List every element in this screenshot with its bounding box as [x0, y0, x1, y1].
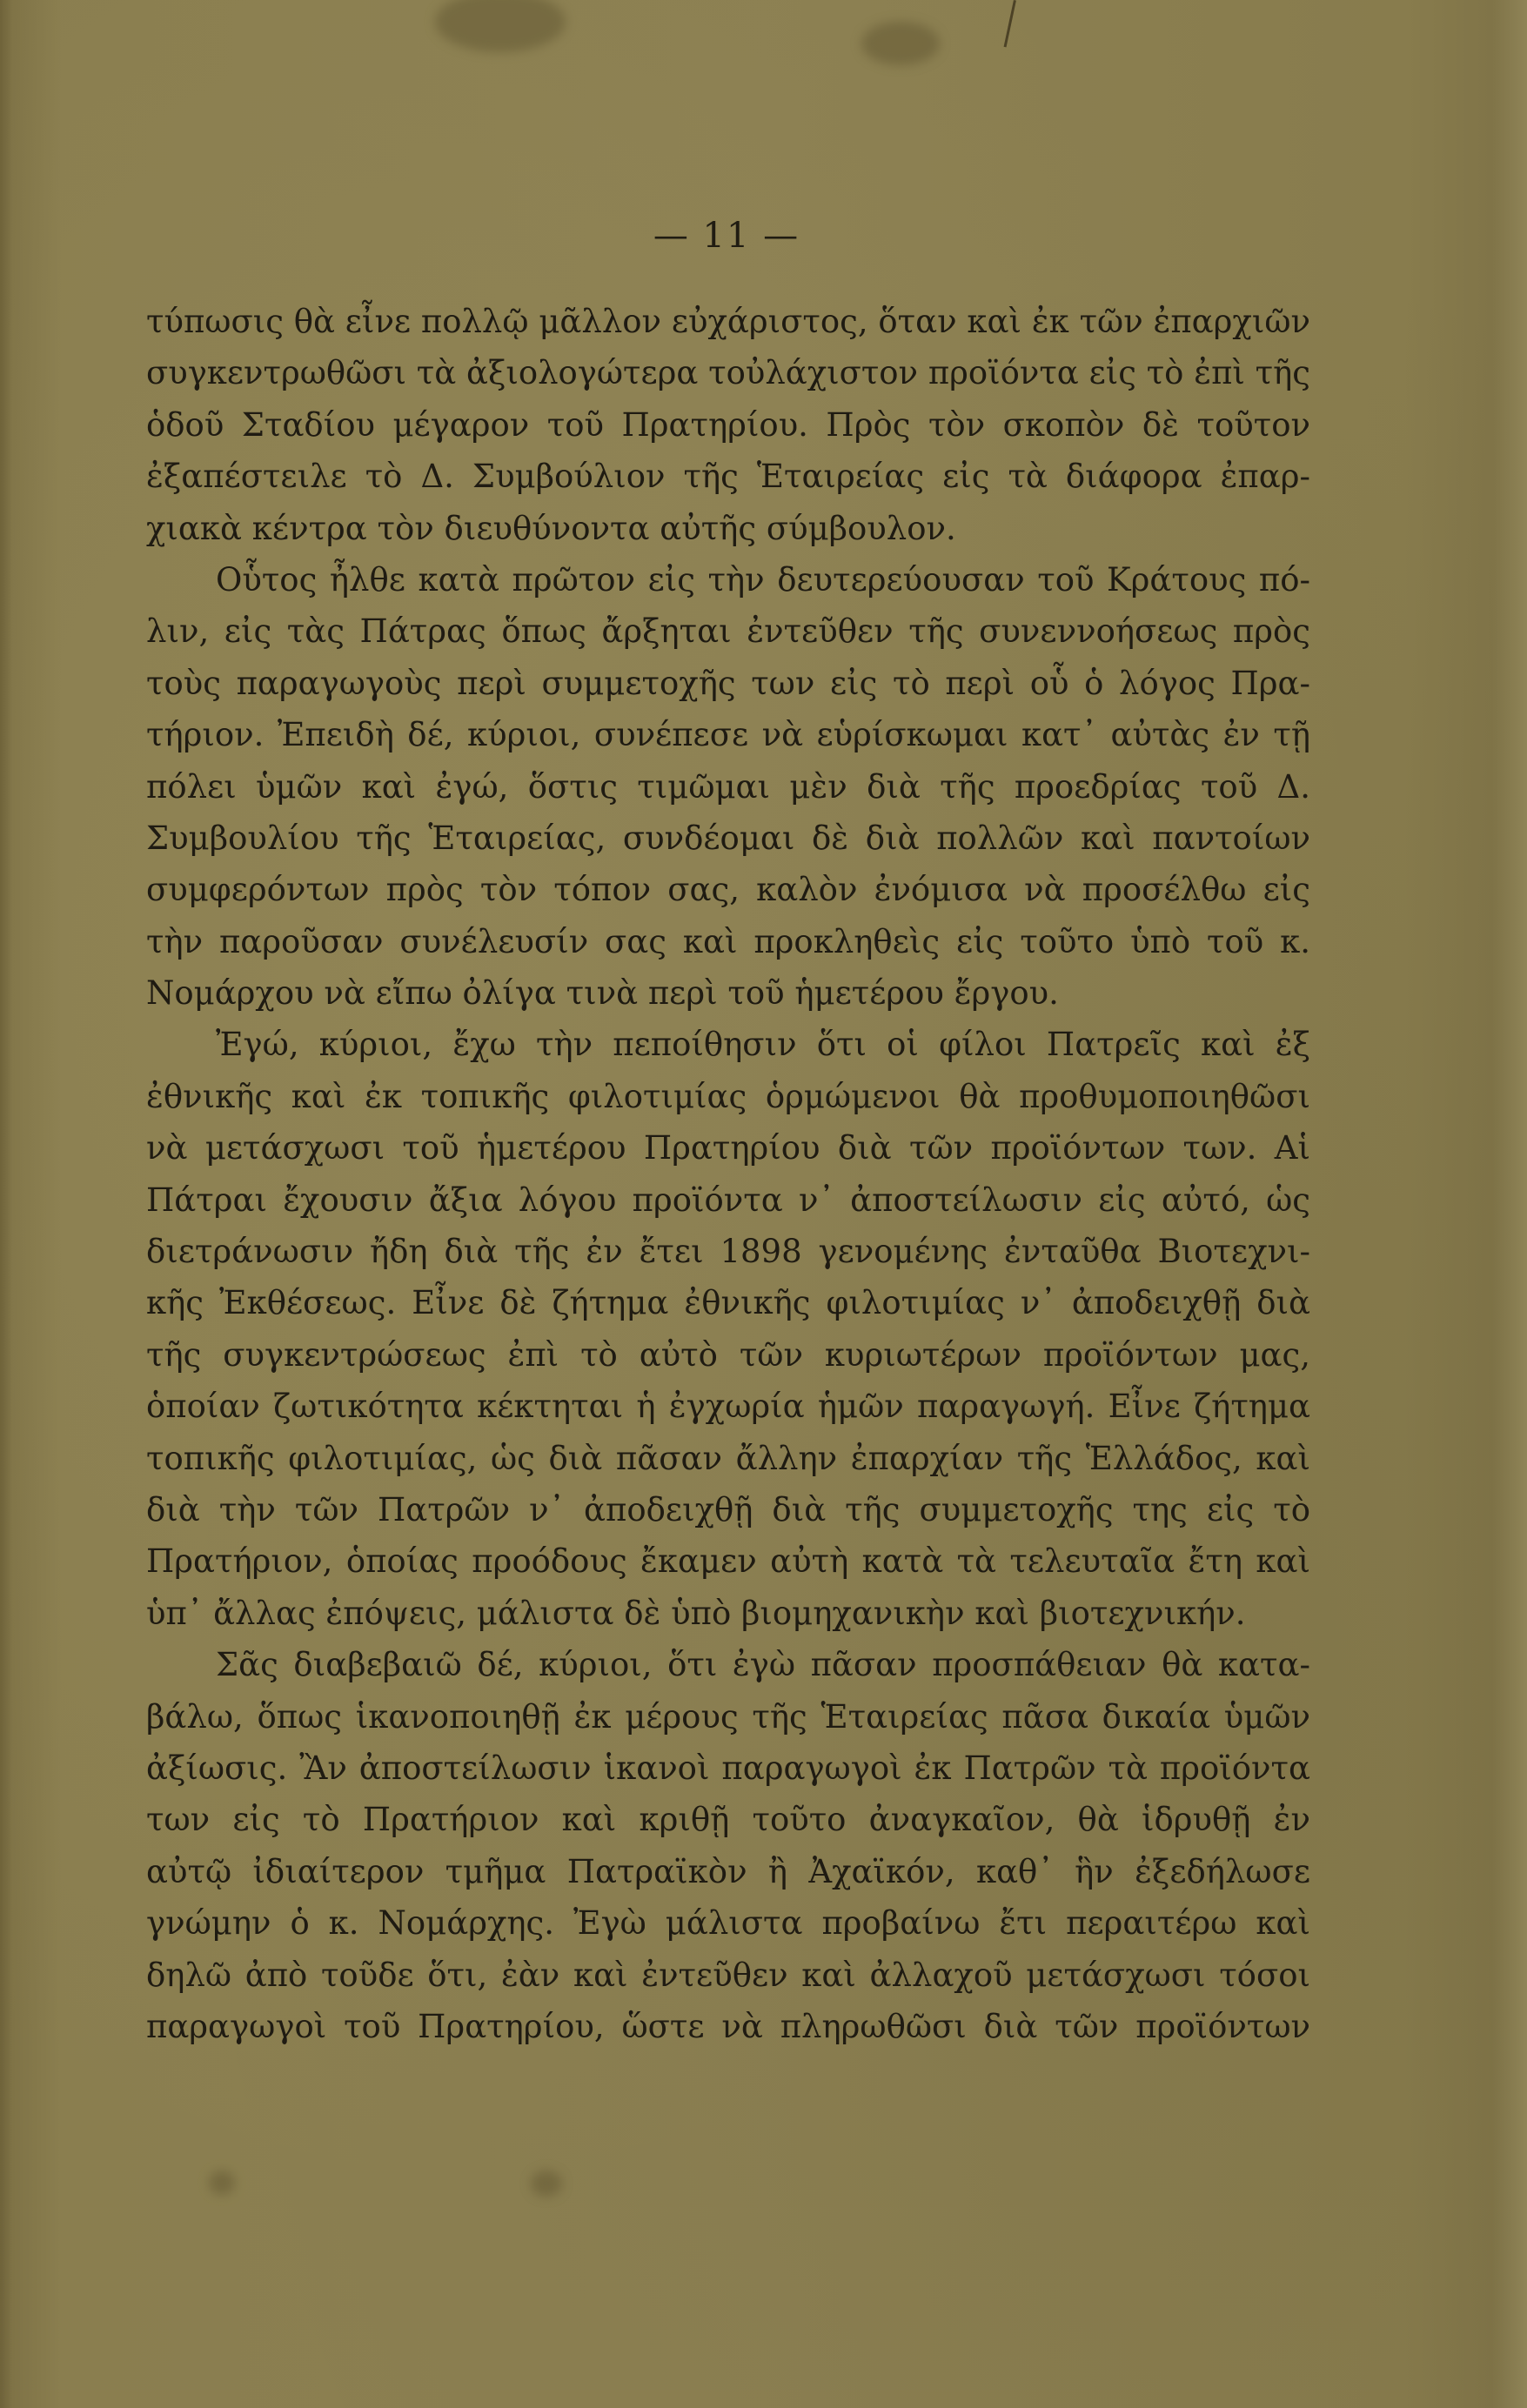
text-line: πόλει ὑμῶν καὶ ἐγώ, ὅστις τιμῶμαι μὲν δι… [146, 761, 1310, 813]
text-line: βάλω, ὅπως ἱκανοποιηθῇ ἐκ μέρους τῆς Ἑτα… [146, 1691, 1310, 1742]
text-line: τύπωσις θὰ εἶνε πολλῷ μᾶλλον εὐχάριστος,… [146, 296, 1310, 347]
text-line: τῆς συγκεντρώσεως ἐπὶ τὸ αὐτὸ τῶν κυριωτ… [146, 1329, 1310, 1381]
text-line: λιν, εἰς τὰς Πάτρας ὅπως ἄρξηται ἐντεῦθε… [146, 605, 1310, 657]
page-edge-shadow-right [1492, 0, 1527, 2408]
text-line: τὴν παροῦσαν συνέλευσίν σας καὶ προκληθε… [146, 916, 1310, 967]
page-number: — 11 — [0, 216, 1453, 256]
text-line: διὰ τὴν τῶν Πατρῶν ν᾽ ἀποδειχθῇ διὰ τῆς … [146, 1484, 1310, 1535]
paper-stain [209, 2171, 235, 2195]
text-line: τοὺς παραγωγοὺς περὶ συμμετοχῆς των εἰς … [146, 658, 1310, 709]
text-line: χιακὰ κέντρα τὸν διευθύνοντα αὐτῆς σύμβο… [146, 503, 1310, 554]
paper-stain [531, 2171, 562, 2197]
text-line: αὐτῷ ἰδιαίτερον τμῆμα Πατραϊκὸν ἢ Ἀχαϊκό… [146, 1846, 1310, 1897]
paper-stain [861, 22, 940, 65]
text-line: τήριον. Ἐπειδὴ δέ, κύριοι, συνέπεσε νὰ ε… [146, 709, 1310, 760]
text-line: Συμβουλίου τῆς Ἑταιρείας, συνδέομαι δὲ δ… [146, 813, 1310, 864]
text-line: διετράνωσιν ἤδη διὰ τῆς ἐν ἔτει 1898 γεν… [146, 1226, 1310, 1277]
paragraph-first-line: Οὗτος ἦλθε κατὰ πρῶτον εἰς τὴν δευτερεύο… [146, 554, 1310, 605]
text-line: ὑπ᾽ ἄλλας ἐπόψεις, μάλιστα δὲ ὑπὸ βιομηχ… [146, 1588, 1310, 1639]
text-line: συγκεντρωθῶσι τὰ ἀξιολογώτερα τοὐλάχιστο… [146, 347, 1310, 398]
paragraph-first-line: Ἐγώ, κύριοι, ἔχω τὴν πεποίθησιν ὅτι οἱ φ… [146, 1019, 1310, 1070]
text-line: συμφερόντων πρὸς τὸν τόπον σας, καλὸν ἐν… [146, 864, 1310, 915]
page-edge-shadow-left [0, 0, 12, 2408]
text-line: γνώμην ὁ κ. Νομάρχης. Ἐγὼ μάλιστα προβαί… [146, 1897, 1310, 1949]
text-line: Πάτραι ἔχουσιν ἄξια λόγου προϊόντα ν᾽ ἀπ… [146, 1174, 1310, 1226]
text-line: δηλῶ ἀπὸ τοῦδε ὅτι, ἐὰν καὶ ἐντεῦθεν καὶ… [146, 1950, 1310, 2001]
text-line: των εἰς τὸ Πρατήριον καὶ κριθῇ τοῦτο ἀνα… [146, 1794, 1310, 1845]
text-line: ὁδοῦ Σταδίου μέγαρον τοῦ Πρατηρίου. Πρὸς… [146, 399, 1310, 451]
paper-stain [435, 0, 566, 52]
text-line: Πρατήριον, ὁποίας προόδους ἔκαμεν αὐτὴ κ… [146, 1535, 1310, 1587]
text-line: ἀξίωσις. Ἂν ἀποστείλωσιν ἱκανοὶ παραγωγο… [146, 1742, 1310, 1794]
text-line: κῆς Ἐκθέσεως. Εἶνε δὲ ζήτημα ἐθνικῆς φιλ… [146, 1277, 1310, 1328]
scanned-page: — 11 — τύπωσις θὰ εἶνε πολλῷ μᾶλλον εὐχά… [0, 0, 1527, 2408]
text-line: νὰ μετάσχωσι τοῦ ἡμετέρου Πρατηρίου διὰ … [146, 1122, 1310, 1174]
text-line: ὁποίαν ζωτικότητα κέκτηται ἡ ἐγχωρία ἡμῶ… [146, 1381, 1310, 1432]
text-line: ἐθνικῆς καὶ ἐκ τοπικῆς φιλοτιμίας ὁρμώμε… [146, 1071, 1310, 1122]
text-line: παραγωγοὶ τοῦ Πρατηρίου, ὥστε νὰ πληρωθῶ… [146, 2001, 1310, 2052]
text-line: Νομάρχου νὰ εἴπω ὀλίγα τινὰ περὶ τοῦ ἡμε… [146, 967, 1310, 1019]
text-line: τοπικῆς φιλοτιμίας, ὡς διὰ πᾶσαν ἄλλην ἐ… [146, 1433, 1310, 1484]
body-text: τύπωσις θὰ εἶνε πολλῷ μᾶλλον εὐχάριστος,… [146, 296, 1310, 2052]
paper-tear [1004, 0, 1016, 47]
text-line: ἐξαπέστειλε τὸ Δ. Συμβούλιον τῆς Ἑταιρεί… [146, 451, 1310, 502]
paragraph-first-line: Σᾶς διαβεβαιῶ δέ, κύριοι, ὅτι ἐγὼ πᾶσαν … [146, 1639, 1310, 1690]
